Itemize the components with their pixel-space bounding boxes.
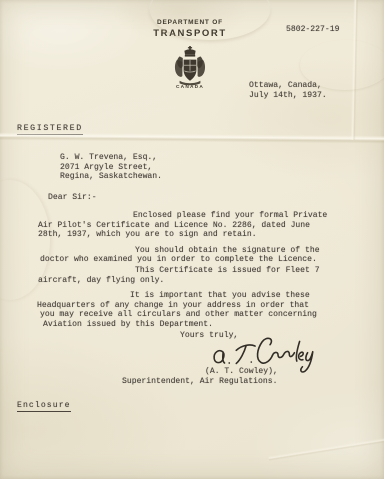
department-name: TRANSPORT bbox=[130, 28, 250, 39]
department-prefix: DEPARTMENT OF bbox=[130, 19, 250, 26]
salutation: Dear Sir:- bbox=[48, 193, 97, 203]
fold-crease-diagonal bbox=[268, 436, 384, 461]
letter-document: DEPARTMENT OF TRANSPORT CANADA bbox=[0, 0, 384, 479]
canada-coat-of-arms-icon bbox=[173, 46, 207, 86]
enclosure-label: Enclosure bbox=[17, 401, 71, 412]
body-paragraph3-line1: This Certificate is issued for Fleet 7 bbox=[135, 266, 320, 276]
dateline-city: Ottawa, Canada, bbox=[249, 81, 322, 91]
registered-label: REGISTERED bbox=[17, 124, 83, 135]
signatory-title: Superintendent, Air Regulations. bbox=[122, 377, 277, 387]
body-paragraph4-line2: Headquarters of any change in your addre… bbox=[37, 301, 309, 311]
crest-caption: CANADA bbox=[160, 85, 220, 90]
body-paragraph2-line1: You should obtain the signature of the bbox=[135, 246, 320, 256]
fold-crease-vertical bbox=[351, 0, 359, 140]
recipient-name: G. W. Trevena, Esq., bbox=[60, 153, 157, 163]
file-number: 5802-227-19 bbox=[286, 25, 339, 35]
recipient-street: 2071 Argyle Street, bbox=[60, 163, 152, 173]
dateline-date: July 14th, 1937. bbox=[249, 91, 327, 101]
body-paragraph1-line1: Enclosed please find your formal Private bbox=[133, 211, 327, 221]
body-paragraph1-line2: Air Pilot's Certificate and Licence No. … bbox=[38, 221, 310, 231]
body-paragraph4-line1: It is important that you advise these bbox=[130, 291, 310, 301]
body-paragraph4-line3: you may receive all circulars and other … bbox=[40, 310, 317, 320]
typed-signatory-name: (A. T. Cowley), bbox=[205, 367, 278, 377]
body-paragraph3-line2: aircraft, day flying only. bbox=[38, 276, 164, 286]
body-paragraph2-line2: doctor who examined you in order to comp… bbox=[40, 255, 317, 265]
body-paragraph1-line3: 28th, 1937, which you are to sign and re… bbox=[38, 230, 257, 240]
body-paragraph4-line4: Aviation issued by this Department. bbox=[43, 320, 213, 330]
recipient-city: Regina, Saskatchewan. bbox=[60, 172, 162, 182]
